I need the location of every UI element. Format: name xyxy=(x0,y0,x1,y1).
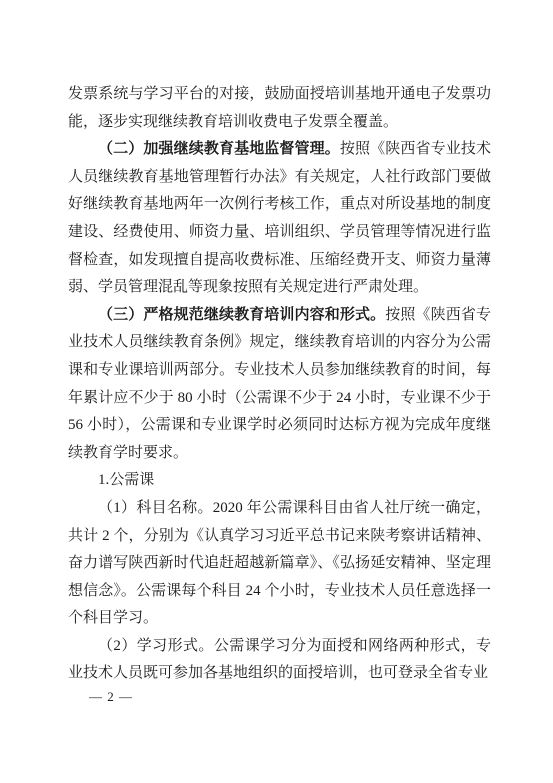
section-2-text: 按照《陕西省专业技术人员继续教育基地管理暂行办法》有关规定，人社行政部门要做好继… xyxy=(68,141,491,295)
paragraph-item-heading: 1.公需课 xyxy=(68,467,491,495)
section-3-heading: （三）严格规范继续教育培训内容和形式。 xyxy=(98,307,385,323)
paragraph-section-2: （二）加强继续教育基地监督管理。按照《陕西省专业技术人员继续教育基地管理暂行办法… xyxy=(68,136,491,302)
document-page: 发票系统与学习平台的对接，鼓励面授培训基地开通电子发票功能，逐步实现继续教育培训… xyxy=(0,0,553,783)
document-body: 发票系统与学习平台的对接，鼓励面授培训基地开通电子发票功能，逐步实现继续教育培训… xyxy=(68,81,491,688)
paragraph-item-2: （2）学习形式。公需课学习分为面授和网络两种形式，专业技术人员既可参加各基地组织… xyxy=(68,633,491,688)
paragraph-continuation: 发票系统与学习平台的对接，鼓励面授培训基地开通电子发票功能，逐步实现继续教育培训… xyxy=(68,81,491,136)
page-number: — 2 — xyxy=(89,689,133,705)
section-2-heading: （二）加强继续教育基地监督管理。 xyxy=(98,141,340,157)
paragraph-section-3: （三）严格规范继续教育培训内容和形式。按照《陕西省专业技术人员继续教育条例》规定… xyxy=(68,302,491,468)
section-3-text: 按照《陕西省专业技术人员继续教育条例》规定，继续教育培训的内容分为公需课和专业课… xyxy=(68,307,491,461)
paragraph-item-1: （1）科目名称。2020 年公需课科目由省人社厅统一确定，共计 2 个，分别为《… xyxy=(68,495,491,633)
